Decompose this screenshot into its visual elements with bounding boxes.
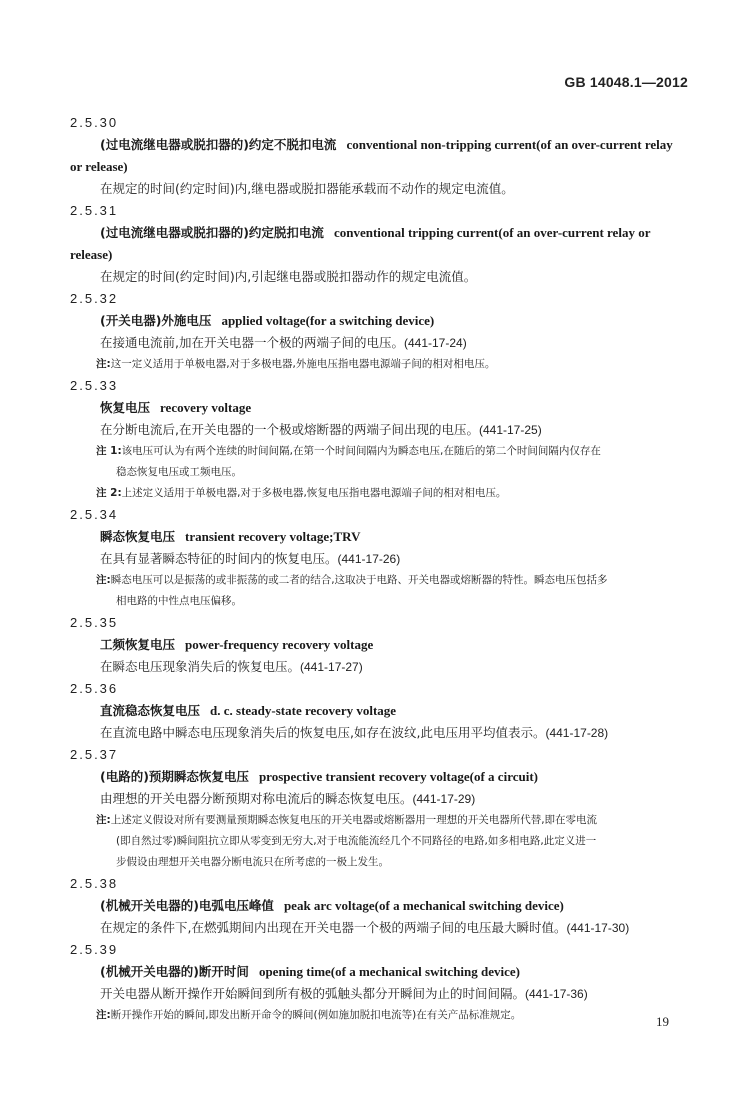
clause-number: 2.5.39 <box>70 939 688 961</box>
clause-number: 2.5.32 <box>70 288 688 310</box>
definition-text: 在规定的时间(约定时间)内,继电器或脱扣器能承载而不动作的规定电流值。 <box>100 181 514 196</box>
term-entry-2-5-35: 2.5.35 工频恢复电压power-frequency recovery vo… <box>70 612 688 678</box>
term-en: recovery voltage <box>160 400 251 415</box>
term-zh: (机械开关电器的)电弧电压峰值 <box>100 898 274 913</box>
term-heading: (过电流继电器或脱扣器的)约定脱扣电流conventional tripping… <box>70 222 688 266</box>
definition: 在分断电流后,在开关电器的一个极或熔断器的两端子间出现的电压。(441-17-2… <box>70 419 688 441</box>
term-zh: 直流稳态恢复电压 <box>100 703 200 718</box>
note-continuation: (即自然过零)瞬间阻抗立即从零变到无穷大,对于电流能流经几个不同路径的电路,如多… <box>96 831 688 852</box>
definition: 在具有显著瞬态特征的时间内的恢复电压。(441-17-26) <box>70 548 688 570</box>
term-entry-2-5-30: 2.5.30 (过电流继电器或脱扣器的)约定不脱扣电流conventional … <box>70 112 688 200</box>
note-label: 注 1: <box>96 445 122 457</box>
term-en: opening time(of a mechanical switching d… <box>259 964 520 979</box>
term-zh: (过电流继电器或脱扣器的)约定脱扣电流 <box>100 225 324 240</box>
iec-reference: (441-17-36) <box>525 987 588 1001</box>
iec-reference: (441-17-30) <box>566 921 629 935</box>
note-1: 注 1:该电压可认为有两个连续的时间间隔,在第一个时间间隔内为瞬态电压,在随后的… <box>70 441 688 483</box>
definition: 由理想的开关电器分断预期对称电流后的瞬态恢复电压。(441-17-29) <box>70 788 688 810</box>
term-zh: 瞬态恢复电压 <box>100 529 175 544</box>
definition: 在规定的时间(约定时间)内,继电器或脱扣器能承载而不动作的规定电流值。 <box>70 178 688 200</box>
standard-code-header: GB 14048.1—2012 <box>564 74 688 90</box>
note-continuation: 稳态恢复电压或工频电压。 <box>96 462 688 483</box>
term-heading: 恢复电压recovery voltage <box>70 397 688 419</box>
document-body: 2.5.30 (过电流继电器或脱扣器的)约定不脱扣电流conventional … <box>70 112 688 1026</box>
definition: 在瞬态电压现象消失后的恢复电压。(441-17-27) <box>70 656 688 678</box>
note: 注:瞬态电压可以是振荡的或非振荡的或二者的结合,这取决于电路、开关电器或熔断器的… <box>70 570 688 612</box>
term-en: peak arc voltage(of a mechanical switchi… <box>284 898 564 913</box>
term-entry-2-5-33: 2.5.33 恢复电压recovery voltage 在分断电流后,在开关电器… <box>70 375 688 504</box>
definition-text: 开关电器从断开操作开始瞬间到所有极的弧触头都分开瞬间为止的时间间隔。 <box>100 986 525 1001</box>
iec-reference: (441-17-28) <box>545 726 608 740</box>
note: 注:断开操作开始的瞬间,即发出断开命令的瞬间(例如施加脱扣电流等)在有关产品标准… <box>70 1005 688 1026</box>
iec-reference: (441-17-29) <box>413 792 476 806</box>
clause-number: 2.5.38 <box>70 873 688 895</box>
note-text: 断开操作开始的瞬间,即发出断开命令的瞬间(例如施加脱扣电流等)在有关产品标准规定… <box>111 1009 522 1021</box>
term-heading: 瞬态恢复电压transient recovery voltage;TRV <box>70 526 688 548</box>
note-label: 注: <box>96 358 111 370</box>
note-2: 注 2:上述定义适用于单极电器,对于多极电器,恢复电压指电器电源端子间的相对相电… <box>70 483 688 504</box>
term-entry-2-5-31: 2.5.31 (过电流继电器或脱扣器的)约定脱扣电流conventional t… <box>70 200 688 288</box>
clause-number: 2.5.37 <box>70 744 688 766</box>
term-zh: (电路的)预期瞬态恢复电压 <box>100 769 249 784</box>
note-text: 该电压可认为有两个连续的时间间隔,在第一个时间间隔内为瞬态电压,在随后的第二个时… <box>122 445 601 457</box>
note-label: 注: <box>96 1009 111 1021</box>
note-text: 上述定义假设对所有要测量预期瞬态恢复电压的开关电器或熔断器用一理想的开关电器所代… <box>111 814 597 826</box>
term-zh: 恢复电压 <box>100 400 150 415</box>
note: 注:上述定义假设对所有要测量预期瞬态恢复电压的开关电器或熔断器用一理想的开关电器… <box>70 810 688 873</box>
term-en: transient recovery voltage;TRV <box>185 529 360 544</box>
definition-text: 在直流电路中瞬态电压现象消失后的恢复电压,如存在波纹,此电压用平均值表示。 <box>100 725 545 740</box>
note-label: 注: <box>96 814 111 826</box>
term-entry-2-5-38: 2.5.38 (机械开关电器的)电弧电压峰值peak arc voltage(o… <box>70 873 688 939</box>
note-label: 注: <box>96 574 111 586</box>
clause-number: 2.5.33 <box>70 375 688 397</box>
term-heading: 直流稳态恢复电压d. c. steady-state recovery volt… <box>70 700 688 722</box>
definition-text: 在分断电流后,在开关电器的一个极或熔断器的两端子间出现的电压。 <box>100 422 479 437</box>
definition: 在规定的时间(约定时间)内,引起继电器或脱扣器动作的规定电流值。 <box>70 266 688 288</box>
note-continuation: 相电路的中性点电压偏移。 <box>96 591 688 612</box>
term-en: applied voltage(for a switching device) <box>221 313 434 328</box>
definition-text: 在接通电流前,加在开关电器一个极的两端子间的电压。 <box>100 335 404 350</box>
iec-reference: (441-17-25) <box>479 423 542 437</box>
term-heading: (机械开关电器的)电弧电压峰值peak arc voltage(of a mec… <box>70 895 688 917</box>
term-heading: (过电流继电器或脱扣器的)约定不脱扣电流conventional non-tri… <box>70 134 688 178</box>
definition-text: 在瞬态电压现象消失后的恢复电压。 <box>100 659 300 674</box>
iec-reference: (441-17-26) <box>338 552 401 566</box>
term-en: power-frequency recovery voltage <box>185 637 373 652</box>
iec-reference: (441-17-27) <box>300 660 363 674</box>
term-en: d. c. steady-state recovery voltage <box>210 703 396 718</box>
definition: 在规定的条件下,在燃弧期间内出现在开关电器一个极的两端子间的电压最大瞬时值。(4… <box>70 917 688 939</box>
note-continuation: 步假设由理想开关电器分断电流只在所考虑的一极上发生。 <box>96 852 688 873</box>
note-text: 瞬态电压可以是振荡的或非振荡的或二者的结合,这取决于电路、开关电器或熔断器的特性… <box>111 574 608 586</box>
definition-text: 在具有显著瞬态特征的时间内的恢复电压。 <box>100 551 338 566</box>
term-entry-2-5-39: 2.5.39 (机械开关电器的)断开时间opening time(of a me… <box>70 939 688 1026</box>
page-number: 19 <box>656 1014 669 1030</box>
definition: 开关电器从断开操作开始瞬间到所有极的弧触头都分开瞬间为止的时间间隔。(441-1… <box>70 983 688 1005</box>
note: 注:这一定义适用于单极电器,对于多极电器,外施电压指电器电源端子间的相对相电压。 <box>70 354 688 375</box>
term-heading: (开关电器)外施电压applied voltage(for a switchin… <box>70 310 688 332</box>
clause-number: 2.5.34 <box>70 504 688 526</box>
term-en: prospective transient recovery voltage(o… <box>259 769 538 784</box>
term-entry-2-5-32: 2.5.32 (开关电器)外施电压applied voltage(for a s… <box>70 288 688 375</box>
note-text: 这一定义适用于单极电器,对于多极电器,外施电压指电器电源端子间的相对相电压。 <box>111 358 496 370</box>
definition-text: 在规定的时间(约定时间)内,引起继电器或脱扣器动作的规定电流值。 <box>100 269 476 284</box>
term-entry-2-5-34: 2.5.34 瞬态恢复电压transient recovery voltage;… <box>70 504 688 612</box>
note-text: 上述定义适用于单极电器,对于多极电器,恢复电压指电器电源端子间的相对相电压。 <box>122 487 507 499</box>
term-zh: 工频恢复电压 <box>100 637 175 652</box>
note-label: 注 2: <box>96 487 122 499</box>
term-heading: (机械开关电器的)断开时间opening time(of a mechanica… <box>70 961 688 983</box>
term-heading: (电路的)预期瞬态恢复电压prospective transient recov… <box>70 766 688 788</box>
clause-number: 2.5.30 <box>70 112 688 134</box>
term-zh: (开关电器)外施电压 <box>100 313 211 328</box>
definition: 在直流电路中瞬态电压现象消失后的恢复电压,如存在波纹,此电压用平均值表示。(44… <box>70 722 688 744</box>
clause-number: 2.5.36 <box>70 678 688 700</box>
term-zh: (机械开关电器的)断开时间 <box>100 964 249 979</box>
definition: 在接通电流前,加在开关电器一个极的两端子间的电压。(441-17-24) <box>70 332 688 354</box>
term-zh: (过电流继电器或脱扣器的)约定不脱扣电流 <box>100 137 336 152</box>
clause-number: 2.5.31 <box>70 200 688 222</box>
term-heading: 工频恢复电压power-frequency recovery voltage <box>70 634 688 656</box>
term-entry-2-5-36: 2.5.36 直流稳态恢复电压d. c. steady-state recove… <box>70 678 688 744</box>
iec-reference: (441-17-24) <box>404 336 467 350</box>
definition-text: 由理想的开关电器分断预期对称电流后的瞬态恢复电压。 <box>100 791 413 806</box>
definition-text: 在规定的条件下,在燃弧期间内出现在开关电器一个极的两端子间的电压最大瞬时值。 <box>100 920 566 935</box>
term-entry-2-5-37: 2.5.37 (电路的)预期瞬态恢复电压prospective transien… <box>70 744 688 873</box>
clause-number: 2.5.35 <box>70 612 688 634</box>
